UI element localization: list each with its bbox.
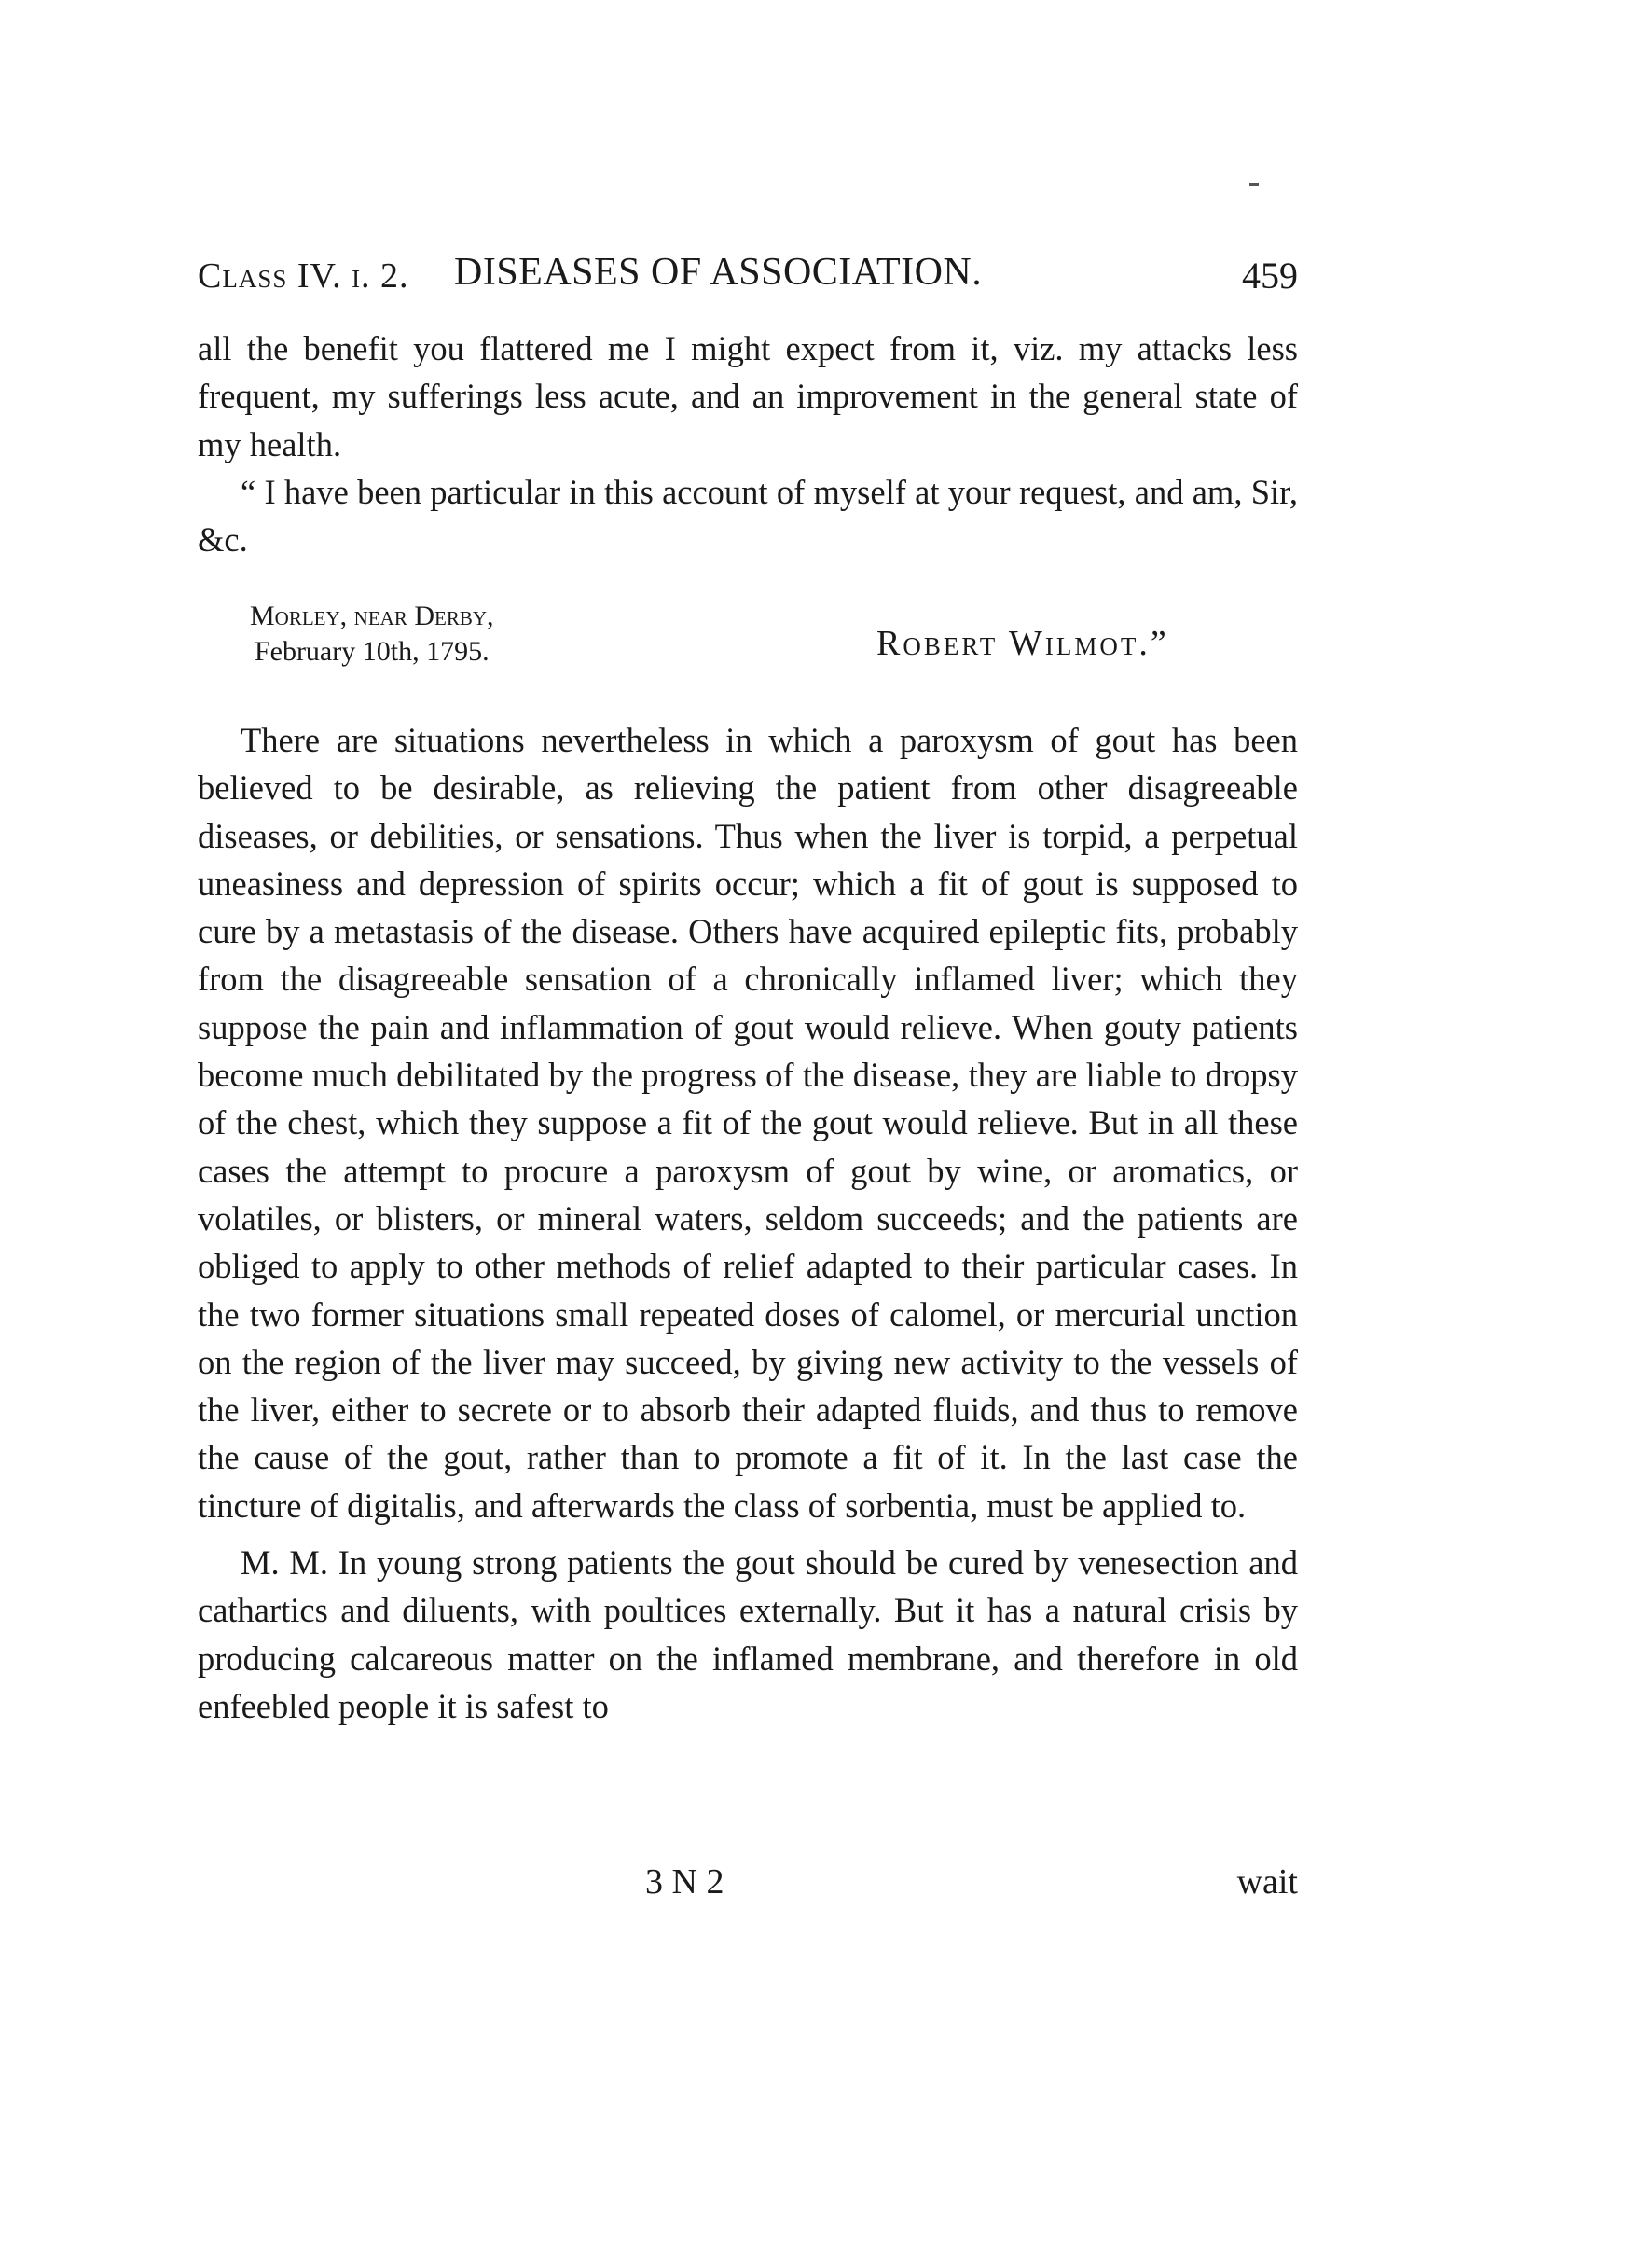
catchword: wait [1237, 1861, 1298, 1902]
class-label: Class IV. i. 2. [198, 256, 409, 297]
paragraph: M. M. In young strong patients the gout … [198, 1539, 1298, 1730]
letter-text: all the benefit you flattered me I might… [198, 325, 1298, 563]
letter-continuation: all the benefit you flattered me I might… [198, 325, 1298, 468]
letter-place-date: Morley, near Derby, February 10th, 1795. [250, 599, 494, 670]
letter-place: Morley, near Derby, [250, 599, 494, 634]
letter-signature: Robert Wilmot.” [876, 623, 1169, 664]
page-number: 459 [1242, 254, 1298, 297]
page-footer: 3 N 2 wait [198, 1861, 1298, 1908]
letter-closing: “ I have been particular in this account… [198, 468, 1298, 564]
margin-mark [1249, 183, 1259, 186]
main-text: There are situations nevertheless in whi… [198, 716, 1298, 1730]
letter-date: February 10th, 1795. [250, 634, 494, 670]
paragraph: There are situations nevertheless in whi… [198, 716, 1298, 1529]
running-header: Class IV. i. 2. DISEASES OF ASSOCIATION.… [198, 250, 1298, 306]
signature-mark: 3 N 2 [645, 1861, 724, 1902]
book-page: Class IV. i. 2. DISEASES OF ASSOCIATION.… [0, 0, 1641, 2268]
page-title: DISEASES OF ASSOCIATION. [454, 250, 982, 295]
